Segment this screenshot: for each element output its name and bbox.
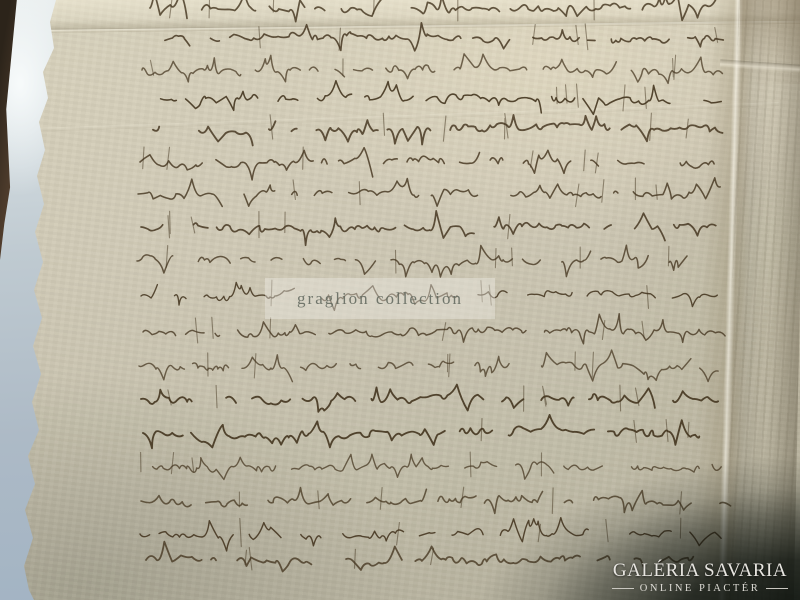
handwritten-text-line bbox=[141, 488, 731, 514]
handwritten-text-line bbox=[150, 0, 717, 22]
handwritten-text-line bbox=[142, 54, 722, 83]
handwritten-accent-strokes bbox=[481, 419, 689, 443]
logo-rule-left bbox=[612, 588, 634, 589]
logo-subtitle-row: ONLINE PIACTÉR bbox=[605, 583, 795, 594]
handwritten-text-line bbox=[153, 115, 723, 145]
handwritten-text-line bbox=[137, 245, 722, 277]
handwritten-text-line bbox=[141, 211, 716, 245]
logo-title: GALÉRIA SAVARIA bbox=[605, 560, 795, 582]
handwritten-text-line bbox=[141, 385, 718, 412]
handwritten-text-line bbox=[140, 518, 721, 551]
handwritten-accent-strokes bbox=[168, 211, 510, 238]
handwritten-text-line bbox=[139, 350, 718, 382]
handwritten-accent-strokes bbox=[557, 84, 647, 111]
handwritten-text-line bbox=[161, 81, 722, 115]
handwritten-text-line bbox=[143, 415, 720, 448]
handwritten-accent-strokes bbox=[208, 352, 594, 378]
handwritten-accent-strokes bbox=[245, 548, 434, 570]
logo-rule-right bbox=[766, 588, 788, 589]
galeria-savaria-logo: GALÉRIA SAVARIA ONLINE PIACTÉR bbox=[605, 560, 795, 594]
handwritten-accent-strokes bbox=[166, 246, 669, 274]
handwritten-text-line bbox=[138, 178, 720, 207]
watermark-band: graglion collection bbox=[265, 278, 495, 319]
watermark-text: graglion collection bbox=[297, 289, 463, 309]
handwritten-text-line bbox=[165, 23, 723, 51]
manuscript-photo: graglion collection GALÉRIA SAVARIA ONLI… bbox=[0, 0, 800, 600]
handwritten-text-line bbox=[153, 454, 722, 479]
logo-subtitle: ONLINE PIACTÉR bbox=[640, 583, 760, 594]
handwritten-accent-strokes bbox=[150, 55, 675, 79]
handwritten-text-line bbox=[140, 148, 714, 180]
handwritten-accent-strokes bbox=[293, 178, 657, 207]
